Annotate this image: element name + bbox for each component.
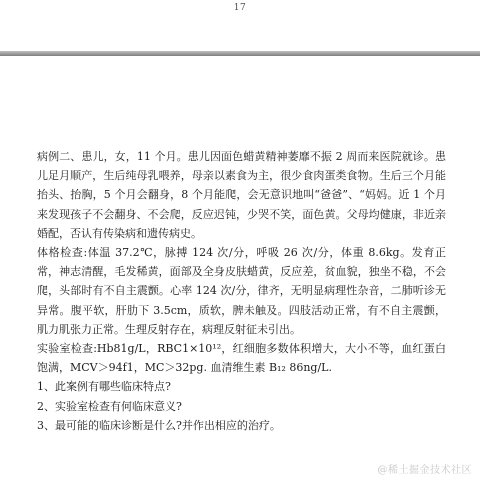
- paragraph-lab-results: 实验室检查:Hb81g/L，RBC1×10¹²，红细胞多数体积增大，大小不等，血…: [37, 339, 446, 377]
- page-number: 17: [0, 3, 480, 13]
- question-2: 2、实验室检查有何临床意义?: [37, 397, 446, 416]
- paragraph-case-description: 病例二、患儿，女，11 个月。患儿因面色蜡黄精神萎靡不振 2 周而来医院就诊。患…: [37, 147, 446, 243]
- watermark: @稀土掘金技术社区: [378, 461, 473, 476]
- document-page: 17 病例二、患儿，女，11 个月。患儿因面色蜡黄精神萎靡不振 2 周而来医院就…: [0, 0, 480, 480]
- document-body: 病例二、患儿，女，11 个月。患儿因面色蜡黄精神萎靡不振 2 周而来医院就诊。患…: [37, 147, 446, 435]
- question-1: 1、此案例有哪些临床特点?: [37, 377, 446, 396]
- paragraph-physical-exam: 体格检查:体温 37.2℃，脉搏 124 次/分，呼吸 26 次/分，体重 8.…: [37, 243, 446, 339]
- question-3: 3、最可能的临床诊断是什么?并作出相应的治疗。: [37, 416, 446, 435]
- page-break-divider: [0, 51, 480, 56]
